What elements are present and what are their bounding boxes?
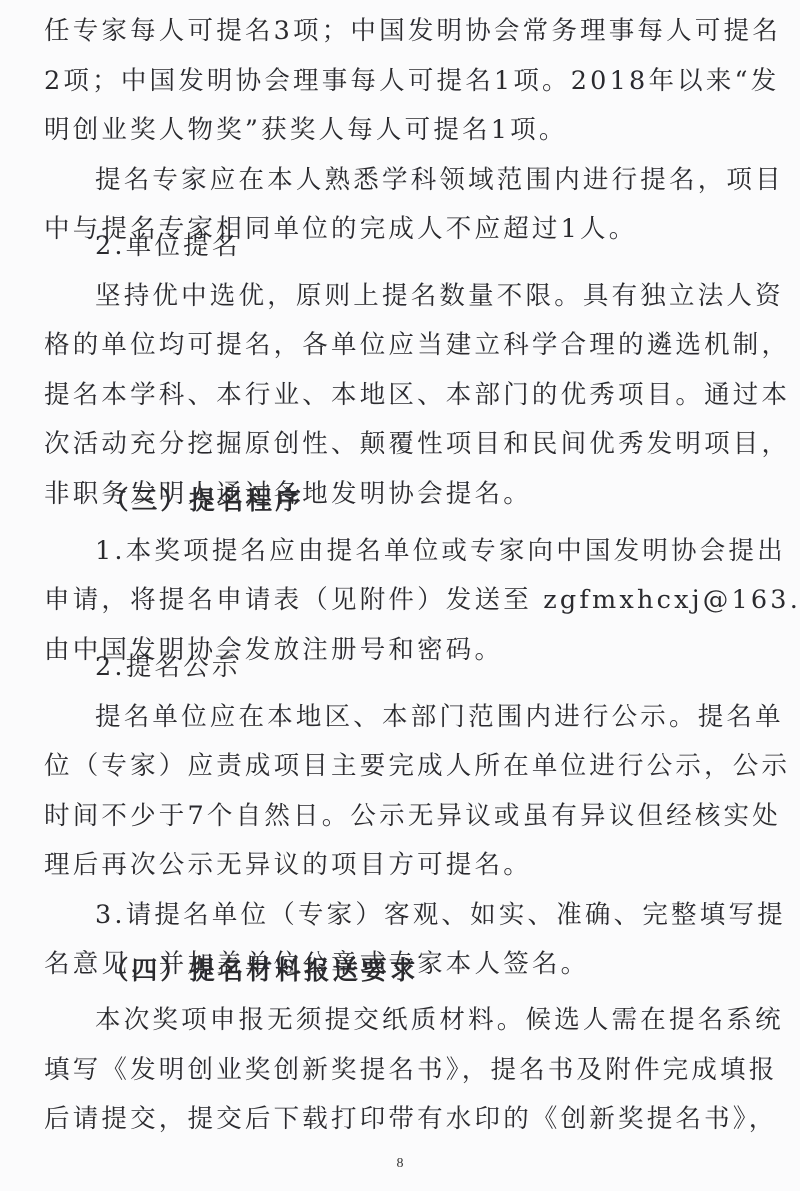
text-line: 格的单位均可提名，各单位应当建立科学合理的遴选机制， — [44, 328, 760, 362]
text-line: 时间不少于7个自然日。公示无异议或虽有异议但经核实处 — [44, 799, 760, 833]
subsection-title: 2.单位提名 — [95, 229, 760, 263]
section-heading: （三）提名程序 — [103, 484, 800, 518]
text-line: 任专家每人可提名3项；中国发明协会常务理事每人可提名 — [44, 14, 760, 48]
subsection-title: 2.提名公示 — [95, 650, 760, 684]
text-line: 位（专家）应责成项目主要完成人所在单位进行公示，公示 — [44, 749, 760, 783]
text-line: 明创业奖人物奖”获奖人每人可提名1项。 — [44, 113, 760, 147]
text-line: 提名本学科、本行业、本地区、本部门的优秀项目。通过本 — [44, 378, 760, 412]
paragraph-start: 1.本奖项提名应由提名单位或专家向中国发明协会提出 — [95, 534, 760, 568]
document-page: 任专家每人可提名3项；中国发明协会常务理事每人可提名 2项；中国发明协会理事每人… — [0, 0, 800, 1191]
paragraph-start: 提名专家应在本人熟悉学科领域范围内进行提名，项目 — [95, 163, 760, 197]
paragraph-start: 3.请提名单位（专家）客观、如实、准确、完整填写提 — [95, 898, 760, 932]
text-line: 后请提交，提交后下载打印带有水印的《创新奖提名书》， — [44, 1102, 760, 1136]
text-line: 理后再次公示无异议的项目方可提名。 — [44, 848, 760, 882]
text-line: 填写《发明创业奖创新奖提名书》，提名书及附件完成填报 — [44, 1053, 760, 1087]
page-number: 8 — [0, 1156, 800, 1172]
section-heading: （四）提名材料报送要求 — [103, 954, 800, 988]
paragraph-start: 坚持优中选优，原则上提名数量不限。具有独立法人资 — [95, 279, 760, 313]
text-line-email: 申请，将提名申请表（见附件）发送至 zgfmxhcxj@163.com， — [44, 583, 760, 617]
text-line: 2项；中国发明协会理事每人可提名1项。2018年以来“发 — [44, 64, 760, 98]
paragraph-start: 本次奖项申报无须提交纸质材料。候选人需在提名系统 — [95, 1003, 760, 1037]
text-line: 次活动充分挖掘原创性、颠覆性项目和民间优秀发明项目， — [44, 427, 760, 461]
paragraph-start: 提名单位应在本地区、本部门范围内进行公示。提名单 — [95, 700, 760, 734]
